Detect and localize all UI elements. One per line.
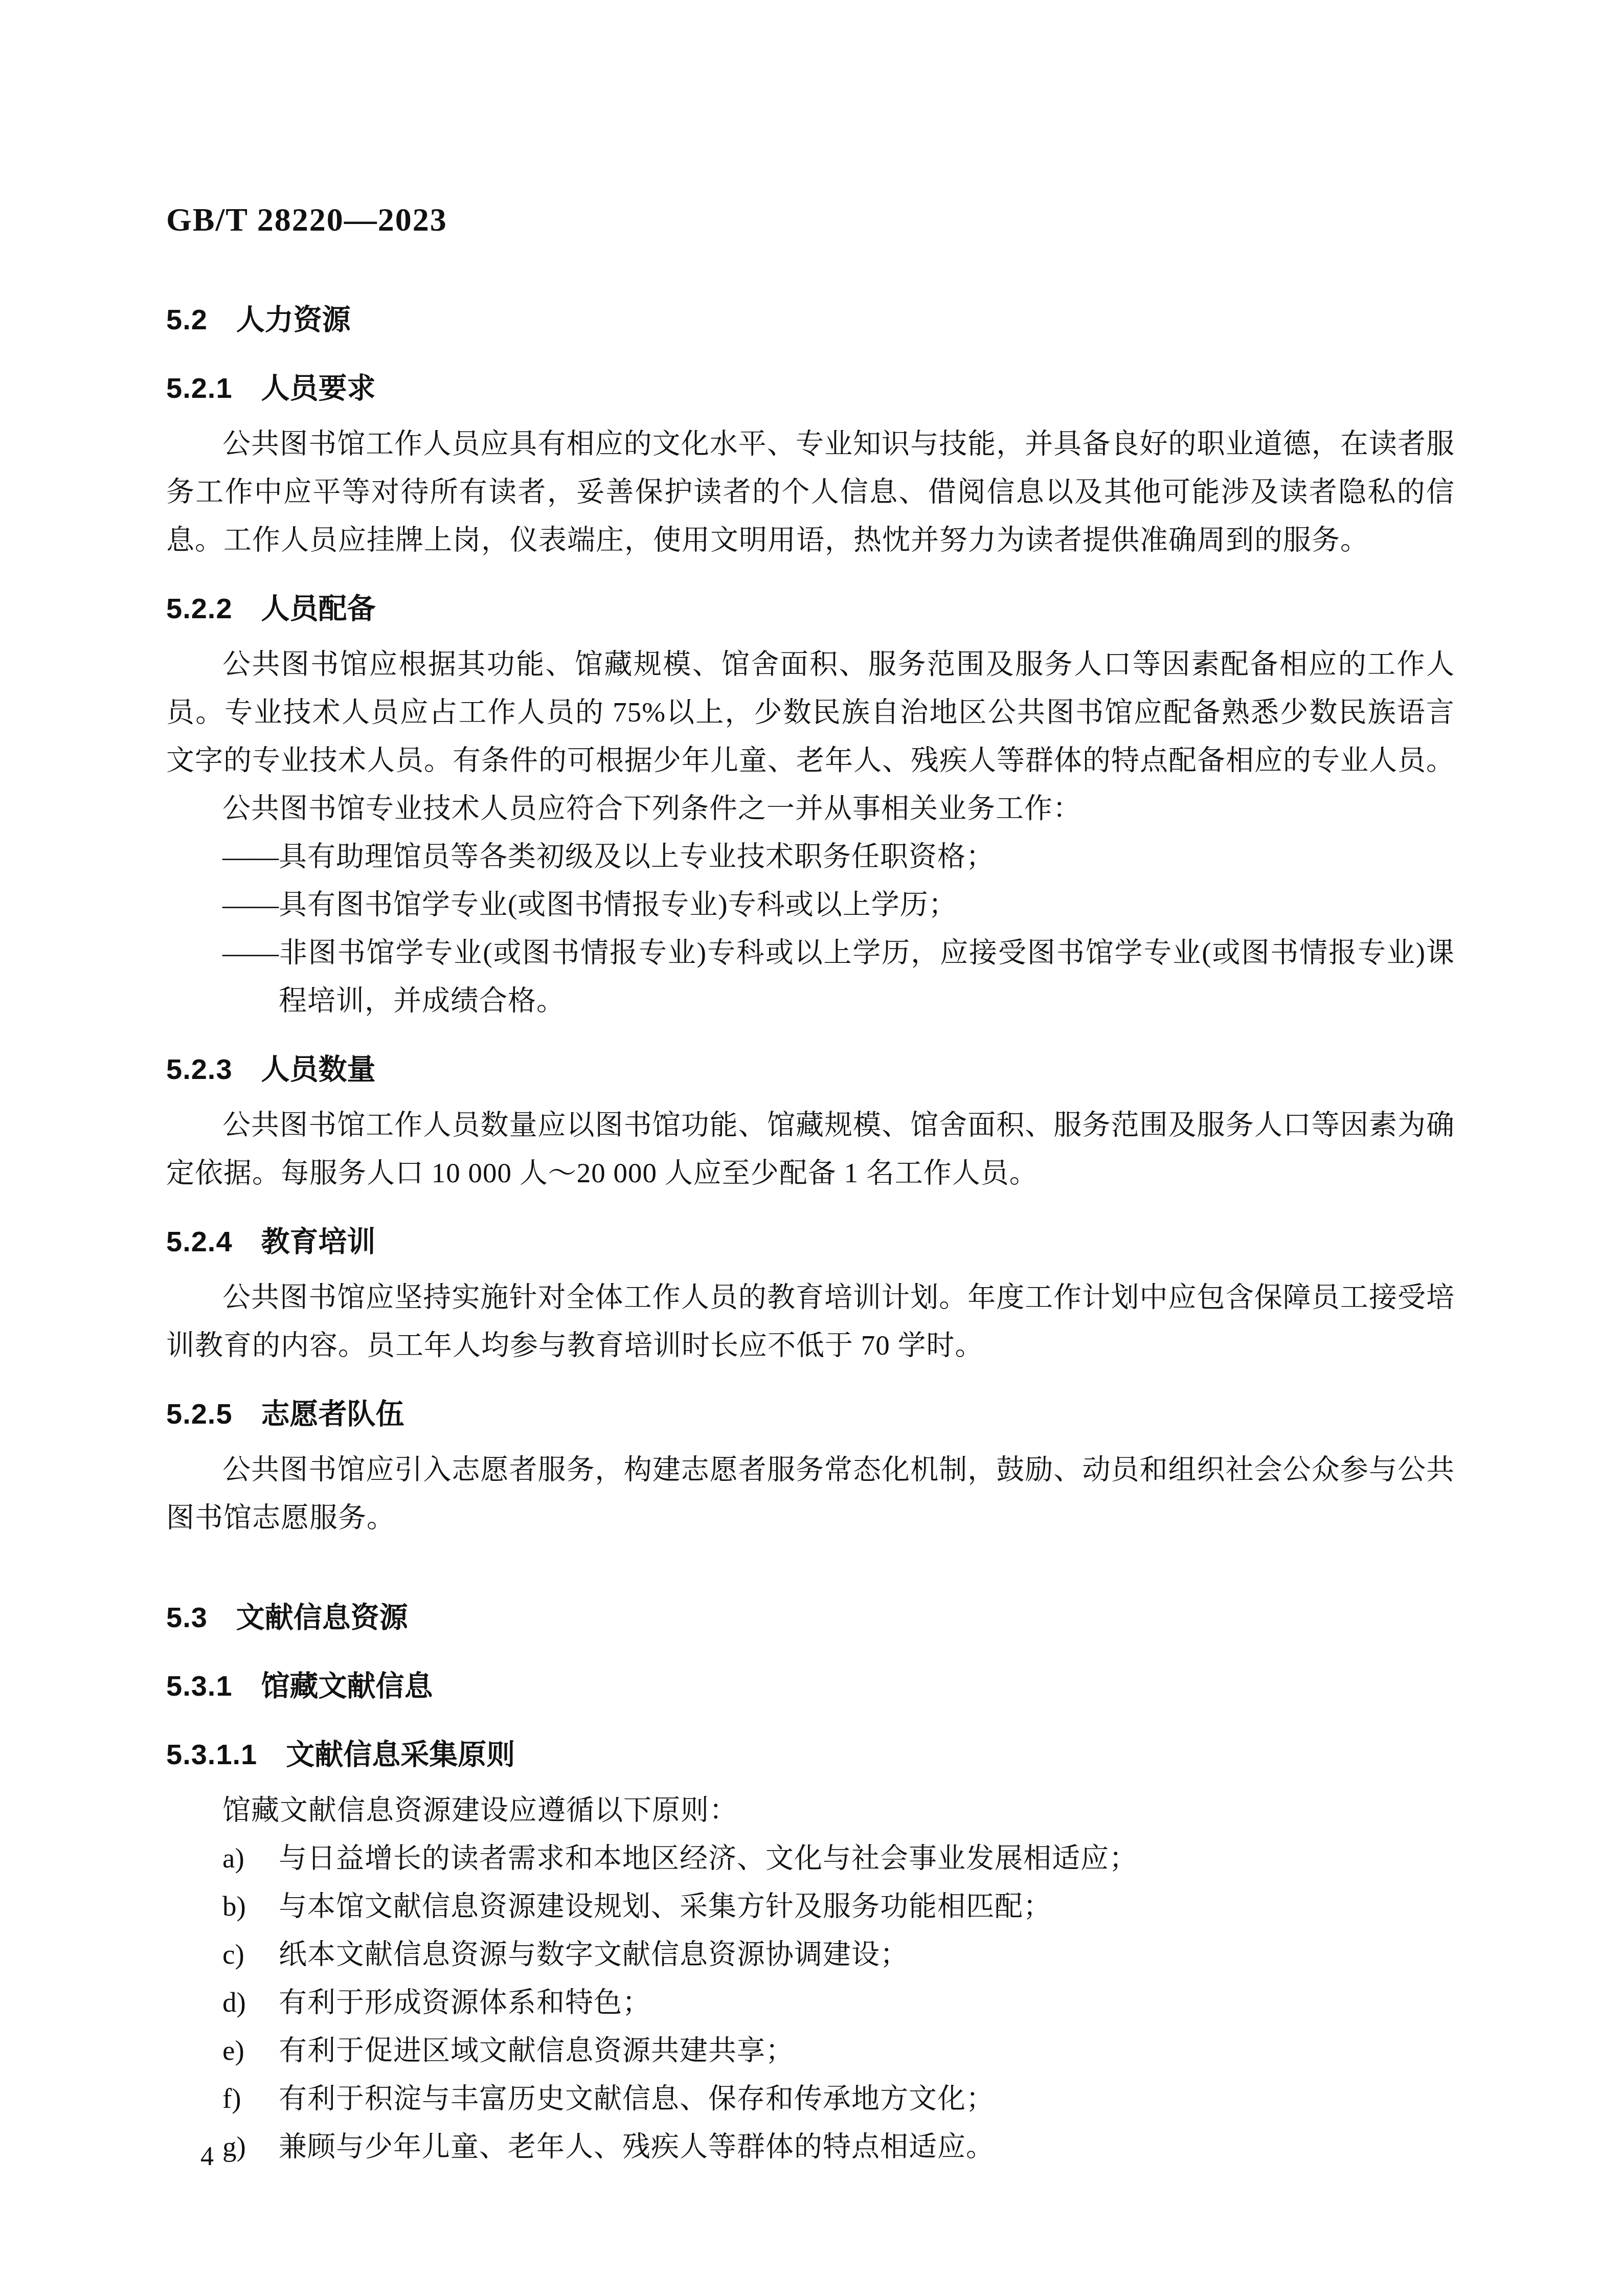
section-number: 5.3.1 <box>166 1670 233 1702</box>
section-title: 志愿者队伍 <box>261 1398 404 1430</box>
paragraph: 公共图书馆专业技术人员应符合下列条件之一并从事相关业务工作： <box>166 784 1455 832</box>
list-marker: d) <box>222 1978 279 2027</box>
alpha-list-item-a: a)与日益增长的读者需求和本地区经济、文化与社会事业发展相适应； <box>166 1834 1455 1882</box>
paragraph: 公共图书馆应根据其功能、馆藏规模、馆舍面积、服务范围及服务人口等因素配备相应的工… <box>166 640 1455 784</box>
list-marker: b) <box>222 1882 279 1930</box>
section-heading-5-2: 5.2人力资源 <box>166 296 1455 344</box>
list-item-text: 有利于形成资源体系和特色； <box>279 1987 651 2018</box>
dash-prefix: —— <box>222 937 279 968</box>
dash-prefix: —— <box>222 889 279 920</box>
dash-item-text: 具有助理馆员等各类初级及以上专业技术职务任职资格； <box>279 841 995 872</box>
dash-item-text: 非图书馆学专业(或图书情报专业)专科或以上学历，应接受图书馆学专业(或图书情报专… <box>279 937 1455 1016</box>
section-title: 文献信息采集原则 <box>286 1738 515 1770</box>
section-title: 人员要求 <box>261 372 376 404</box>
section-number: 5.2.4 <box>166 1225 233 1257</box>
section-title: 文献信息资源 <box>236 1601 408 1633</box>
section-heading-5-2-3: 5.2.3人员数量 <box>166 1045 1455 1093</box>
doc-code: GB/T 28220—2023 <box>166 196 1455 244</box>
dash-list-item: ——非图书馆学专业(或图书情报专业)专科或以上学历，应接受图书馆学专业(或图书情… <box>166 929 1455 1025</box>
paragraph: 馆藏文献信息资源建设应遵循以下原则： <box>166 1786 1455 1834</box>
dash-list-item: ——具有图书馆学专业(或图书情报专业)专科或以上学历； <box>166 881 1455 929</box>
section-number: 5.3.1.1 <box>166 1738 257 1770</box>
section-number: 5.3 <box>166 1601 208 1633</box>
list-marker: e) <box>222 2027 279 2075</box>
section-heading-5-3: 5.3文献信息资源 <box>166 1593 1455 1641</box>
section-heading-5-2-2: 5.2.2人员配备 <box>166 584 1455 633</box>
section-heading-5-2-4: 5.2.4教育培训 <box>166 1218 1455 1266</box>
section-title: 馆藏文献信息 <box>261 1670 433 1702</box>
section-heading-5-3-1-1: 5.3.1.1文献信息采集原则 <box>166 1730 1455 1779</box>
paragraph: 公共图书馆应坚持实施针对全体工作人员的教育培训计划。年度工作计划中应包含保障员工… <box>166 1273 1455 1369</box>
alpha-list-item-c: c)纸本文献信息资源与数字文献信息资源协调建设； <box>166 1930 1455 1978</box>
alpha-list-item-b: b)与本馆文献信息资源建设规划、采集方针及服务功能相匹配； <box>166 1882 1455 1930</box>
section-number: 5.2.3 <box>166 1053 233 1085</box>
list-item-text: 纸本文献信息资源与数字文献信息资源协调建设； <box>279 1939 909 1970</box>
section-title: 教育培训 <box>261 1225 376 1257</box>
dash-prefix: —— <box>222 841 279 872</box>
page-number: 4 <box>200 2142 214 2172</box>
list-item-text: 与本馆文献信息资源建设规划、采集方针及服务功能相匹配； <box>279 1890 1052 1922</box>
alpha-list-item-d: d)有利于形成资源体系和特色； <box>166 1978 1455 2027</box>
dash-list-item: ——具有助理馆员等各类初级及以上专业技术职务任职资格； <box>166 832 1455 881</box>
standard-document-page: GB/T 28220—2023 5.2人力资源 5.2.1人员要求 公共图书馆工… <box>0 0 1623 2296</box>
section-title: 人力资源 <box>236 303 351 335</box>
dash-item-text: 具有图书馆学专业(或图书情报专业)专科或以上学历； <box>279 889 957 920</box>
section-heading-5-3-1: 5.3.1馆藏文献信息 <box>166 1662 1455 1710</box>
list-marker: f) <box>222 2075 279 2123</box>
paragraph: 公共图书馆工作人员数量应以图书馆功能、馆藏规模、馆舍面积、服务范围及服务人口等因… <box>166 1101 1455 1197</box>
list-marker: c) <box>222 1930 279 1978</box>
section-number: 5.2.5 <box>166 1398 233 1430</box>
list-item-text: 兼顾与少年儿童、老年人、残疾人等群体的特点相适应。 <box>279 2131 995 2162</box>
alpha-list-item-f: f)有利于积淀与丰富历史文献信息、保存和传承地方文化； <box>166 2075 1455 2123</box>
section-title: 人员配备 <box>261 592 376 624</box>
list-item-text: 与日益增长的读者需求和本地区经济、文化与社会事业发展相适应； <box>279 1842 1138 1874</box>
alpha-list-item-e: e)有利于促进区域文献信息资源共建共享； <box>166 2027 1455 2075</box>
section-heading-5-2-1: 5.2.1人员要求 <box>166 364 1455 412</box>
alpha-list-item-g: g)兼顾与少年儿童、老年人、残疾人等群体的特点相适应。 <box>166 2123 1455 2171</box>
paragraph: 公共图书馆工作人员应具有相应的文化水平、专业知识与技能，并具备良好的职业道德，在… <box>166 420 1455 564</box>
section-heading-5-2-5: 5.2.5志愿者队伍 <box>166 1390 1455 1438</box>
paragraph: 公共图书馆应引入志愿者服务，构建志愿者服务常态化机制，鼓励、动员和组织社会公众参… <box>166 1446 1455 1542</box>
list-item-text: 有利于促进区域文献信息资源共建共享； <box>279 2035 794 2066</box>
list-marker: a) <box>222 1834 279 1882</box>
section-number: 5.2 <box>166 303 208 335</box>
section-number: 5.2.1 <box>166 372 233 404</box>
list-item-text: 有利于积淀与丰富历史文献信息、保存和传承地方文化； <box>279 2083 995 2114</box>
section-number: 5.2.2 <box>166 592 233 624</box>
list-marker: g) <box>222 2123 279 2171</box>
section-title: 人员数量 <box>261 1053 376 1085</box>
